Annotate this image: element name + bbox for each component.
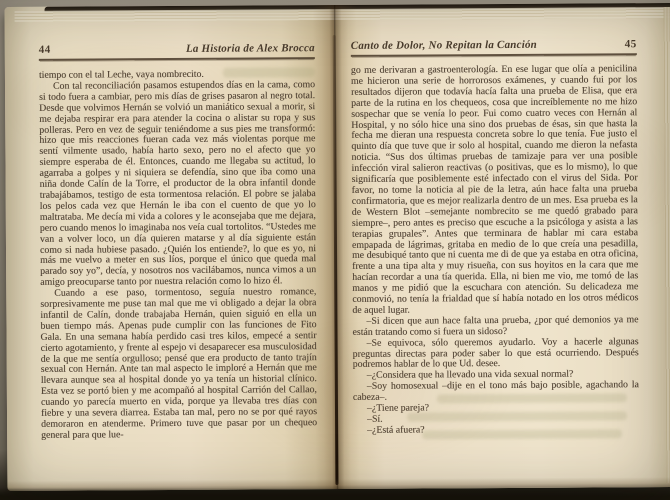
paragraph: –¿Está afuera?: [353, 424, 639, 437]
paragraph: –Se equivoca, sólo queremos ayudarlo. Vo…: [353, 337, 639, 371]
paragraph: –Soy homosexual –dije en el tono más baj…: [353, 380, 639, 404]
paragraph: go me derivaran a gastroenterología. En …: [351, 64, 639, 317]
book-photo: 44 La Historia de Alex Brocca Canto de D…: [0, 0, 670, 500]
running-title-left: La Historia de Alex Brocca: [186, 42, 315, 55]
page-number-left: 44: [39, 44, 51, 56]
running-header-right: Canto de Dolor, No Repitan la Canción 45: [351, 38, 637, 57]
paragraph: –Si dicen que aun hace falta una prueba,…: [352, 315, 638, 339]
page-number-right: 45: [625, 38, 637, 50]
left-page-text: tiempo con el tal Leche, vaya nombrecito…: [39, 69, 317, 441]
running-header-left: 44 La Historia de Alex Brocca: [39, 42, 315, 61]
running-title-right: Canto de Dolor, No Repitan la Canción: [351, 39, 537, 52]
paragraph: Cuando a ese paso, tormentoso, seguía nu…: [40, 287, 317, 441]
table-shadow: [0, 488, 670, 500]
open-book: 44 La Historia de Alex Brocca Canto de D…: [5, 3, 670, 491]
paragraph: Con tal reconciliación pasamos estupendo…: [39, 80, 316, 289]
right-page-text: go me derivaran a gastroenterología. En …: [351, 64, 639, 437]
